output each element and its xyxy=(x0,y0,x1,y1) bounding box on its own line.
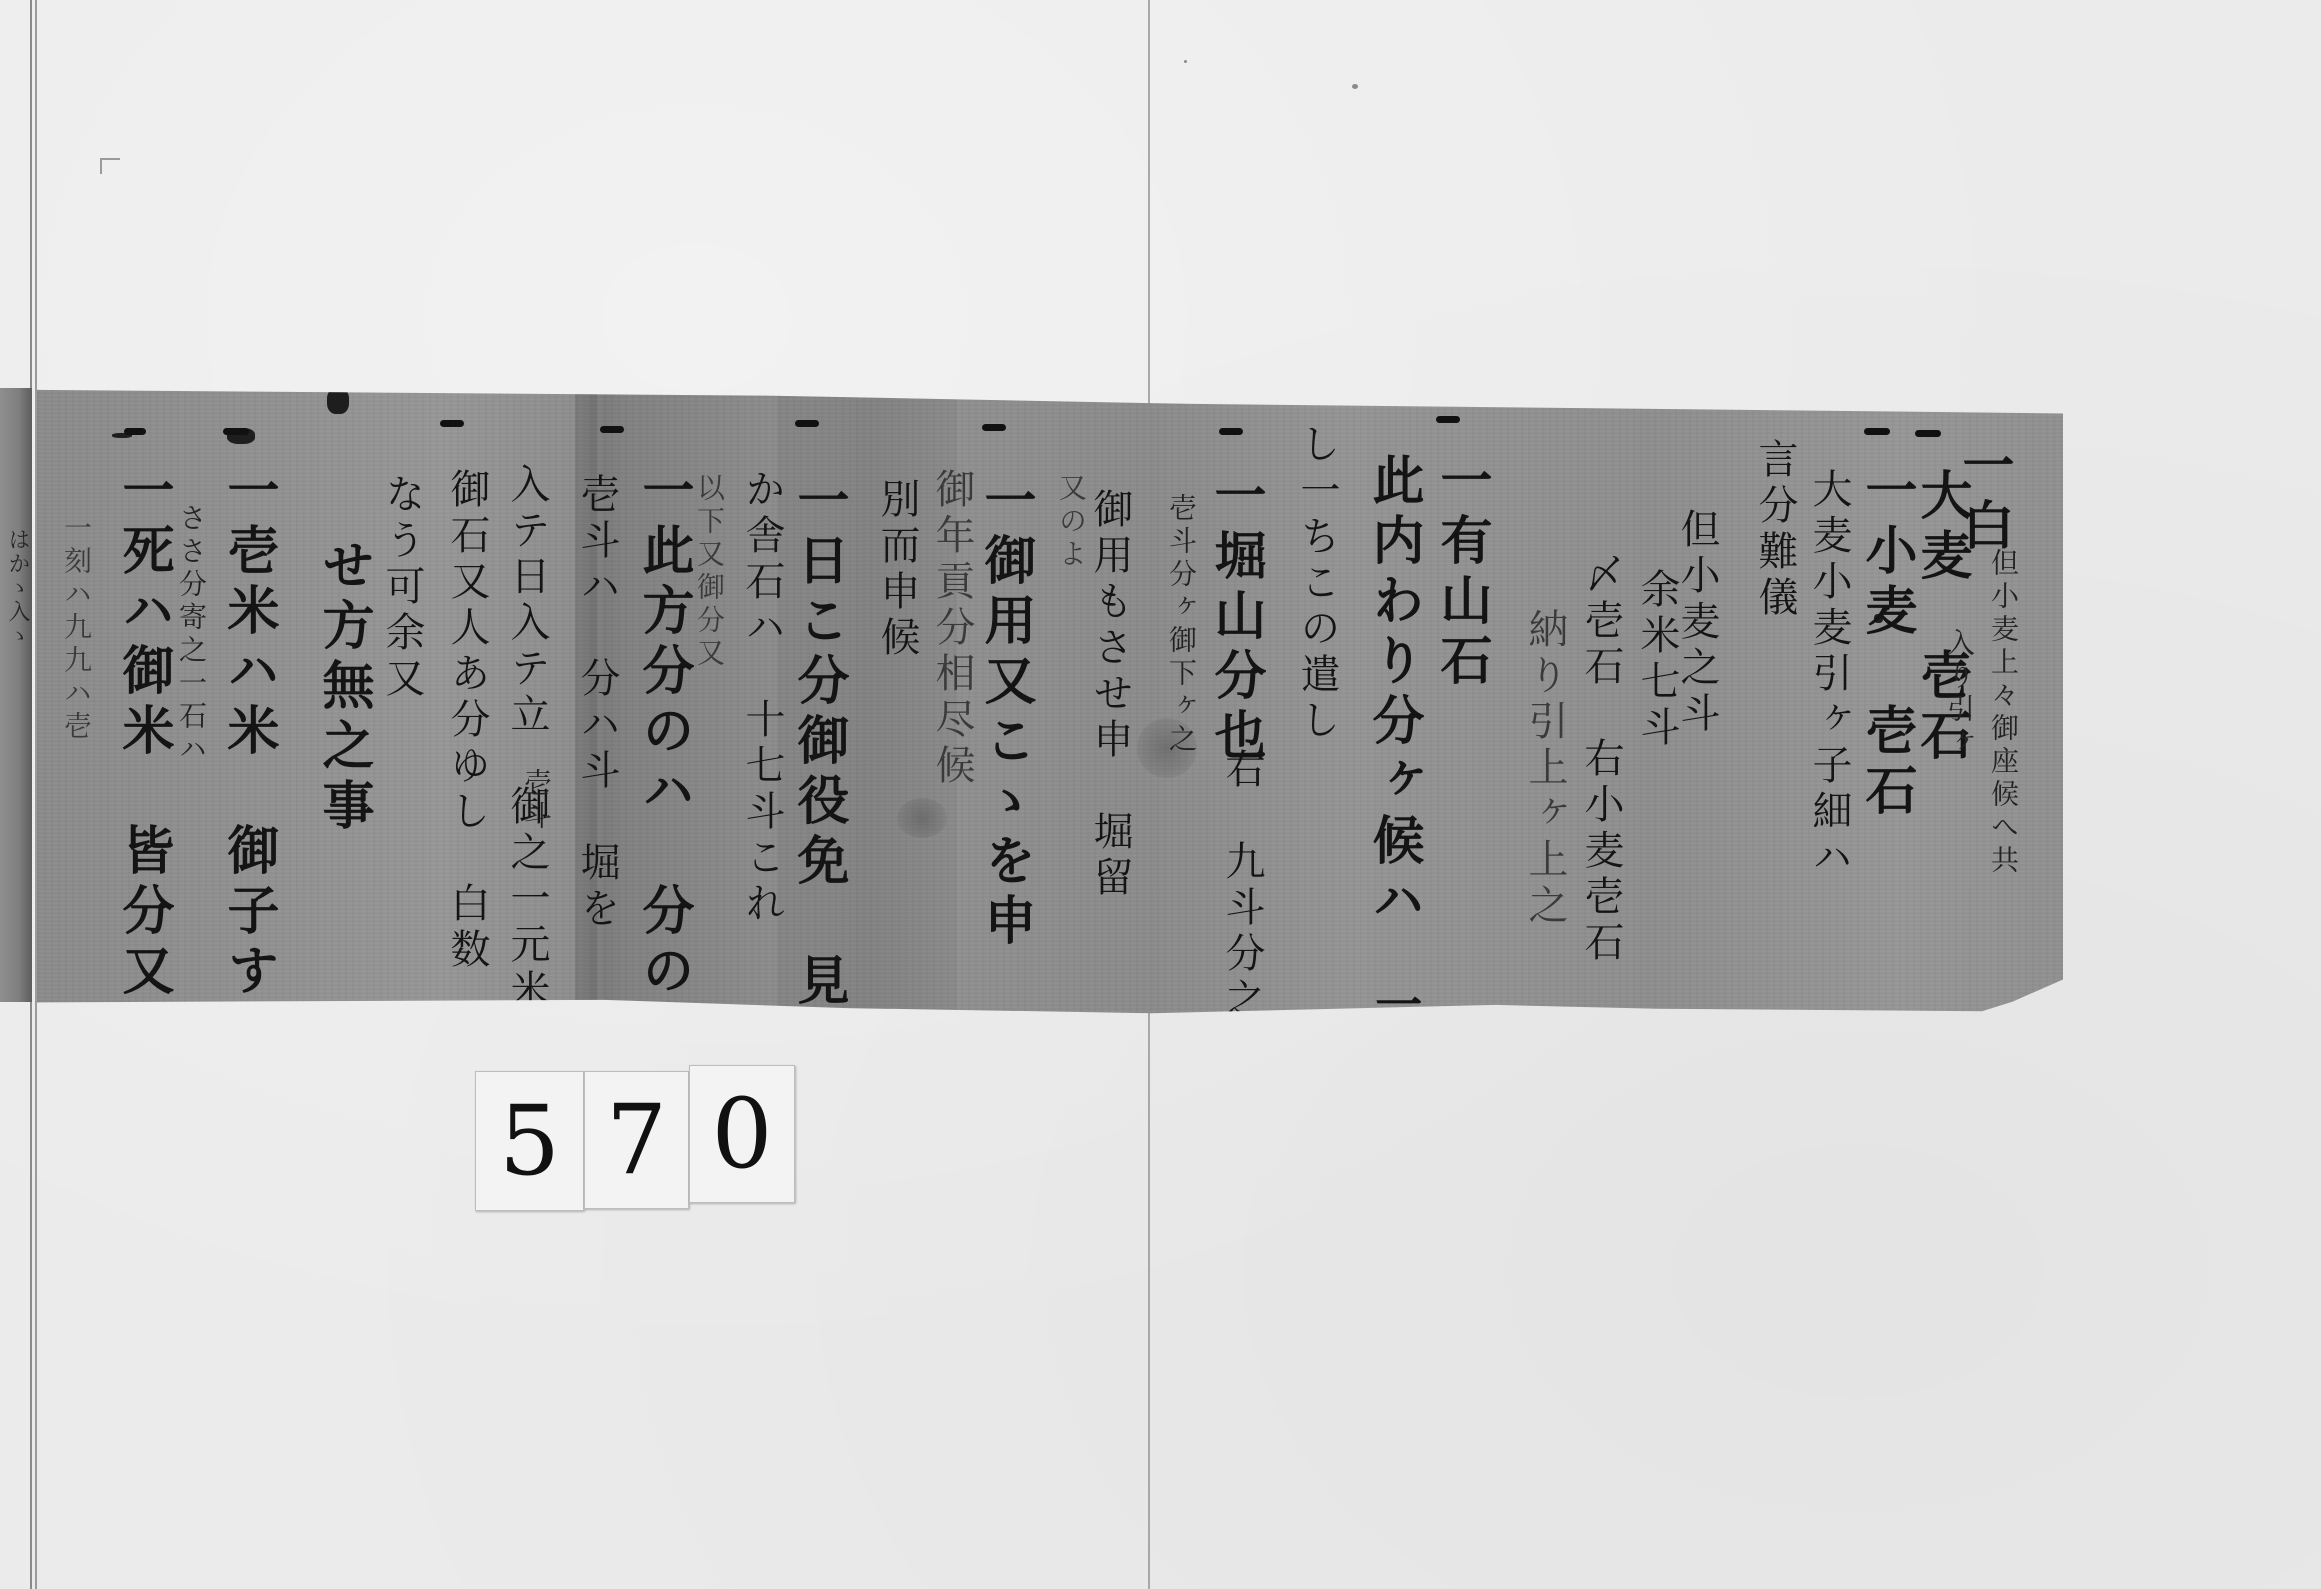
item-mark xyxy=(124,428,146,435)
item-mark xyxy=(795,420,819,427)
item-mark xyxy=(1864,428,1890,435)
document-sheet: 一白 大麦 壱石 但小麦上々御座候へ共 一小麦 壱石 入り引ヶ 大麦小麦引ヶ子細… xyxy=(37,388,2063,1024)
text-column: 一死ハ御米 皆分又 xyxy=(117,463,169,1003)
text-column: 以下又御分又 xyxy=(695,473,723,671)
text-column: 一日こ分御役免 見之 xyxy=(792,473,844,1073)
text-column: せ方無之事 xyxy=(317,538,369,838)
item-mark xyxy=(223,428,249,435)
text-column: 壱斗分ヶ御下ヶ之 xyxy=(1167,493,1195,757)
text-column: ささ分寄之一石ハ xyxy=(177,503,205,767)
item-mark xyxy=(1219,428,1243,435)
text-column: 又のよ xyxy=(1057,473,1085,572)
text-column: 言分難儀 xyxy=(1755,438,1795,622)
reference-number-digit: 0 xyxy=(689,1065,795,1203)
text-column: 入り引ヶ xyxy=(1945,628,1973,760)
text-column: 入テ日入テ立 御之一元米 xyxy=(507,463,547,1015)
text-column: し一ちこの遣し xyxy=(1297,423,1337,745)
registration-mark xyxy=(100,158,120,174)
text-column: 一刻ハ九九ハ壱 xyxy=(62,513,90,744)
text-column: 〆壱石 右小麦壱石 xyxy=(1581,553,1621,967)
dust-speck xyxy=(1352,84,1358,89)
text-column: 別而申候 xyxy=(877,478,917,662)
reference-number-digit: 7 xyxy=(584,1071,689,1209)
text-column: 一小麦 壱石 xyxy=(1860,463,1912,823)
text-column: 右 九斗分之 xyxy=(1222,748,1262,1024)
text-column: 御用もさせ申 堀留 xyxy=(1090,488,1130,902)
text-column: 壱斗ハ 分ハ斗 堀を xyxy=(577,473,617,933)
text-column: 但小麦上々御座候へ共 xyxy=(1989,548,2017,878)
item-mark xyxy=(982,424,1006,431)
stain xyxy=(897,798,947,838)
left-fragment: はかゝ入ゝ xyxy=(0,388,32,1002)
text-column: 余米七斗 xyxy=(1637,568,1677,752)
left-fragment-text: はかゝ入ゝ xyxy=(2,528,33,648)
item-mark xyxy=(440,420,464,427)
text-column: 一有山石 xyxy=(1435,453,1487,693)
item-mark xyxy=(600,426,624,433)
margin-rule-inner xyxy=(35,0,37,1589)
text-column: なう可余又 xyxy=(382,473,422,703)
text-column: 御石又人あ分ゆし 白数 xyxy=(447,468,487,974)
item-mark xyxy=(1436,416,1460,423)
text-column: 大麦小麦引ヶ子細ハ xyxy=(1809,468,1849,882)
text-column: 一堀山分也 xyxy=(1209,468,1261,768)
reference-number-digit: 5 xyxy=(475,1071,584,1211)
dust-speck xyxy=(1184,60,1187,63)
text-column: 但小麦之斗 xyxy=(1677,508,1717,738)
text-column: 納り引上ヶ上之 xyxy=(1525,608,1565,930)
text-column: 壱斗 xyxy=(522,768,550,834)
item-mark xyxy=(1915,430,1941,437)
text-column: か舎石ハ 十七斗これ xyxy=(742,468,782,928)
text-column: 一御用又こゝを申 xyxy=(979,473,1031,953)
text-column: 御年貢分相尽候 xyxy=(932,468,972,790)
text-column: 一壱米ハ米 御子す xyxy=(222,463,274,1003)
